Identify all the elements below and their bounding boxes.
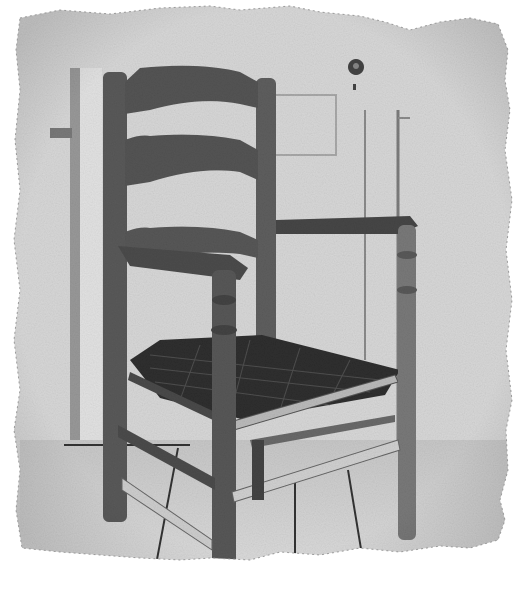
chair-photograph [0, 0, 530, 590]
